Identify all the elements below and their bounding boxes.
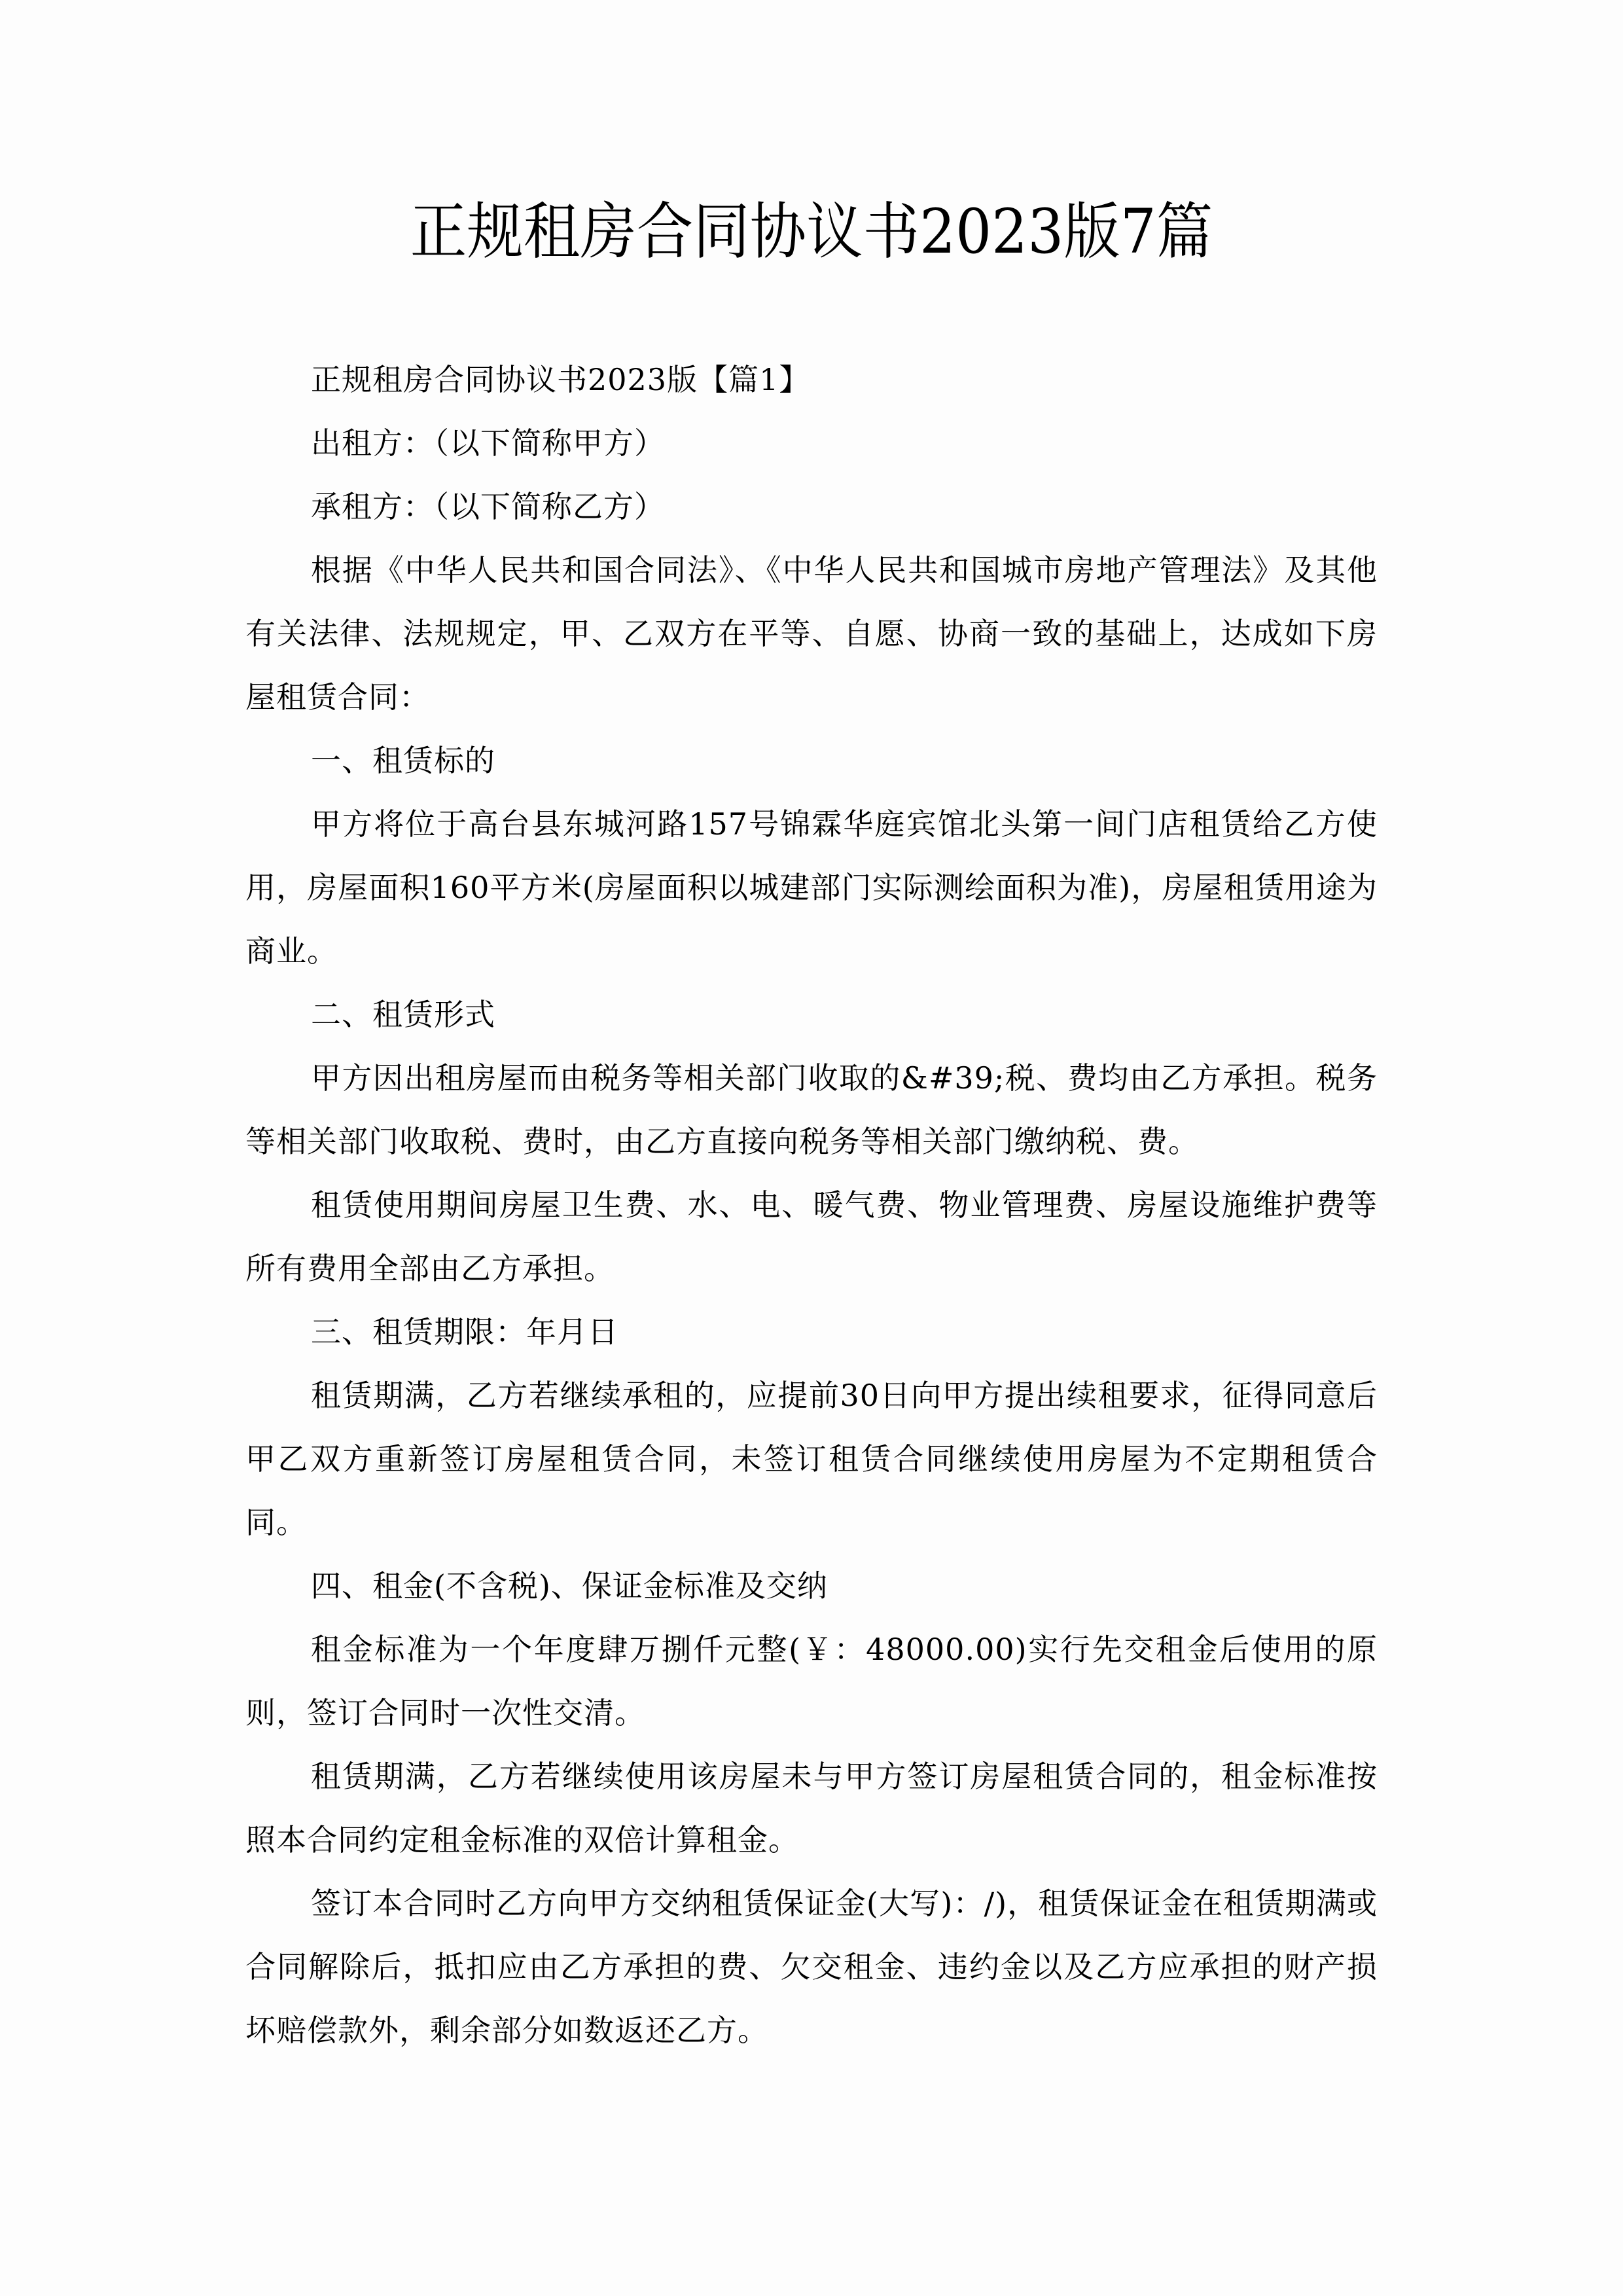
- preamble-paragraph: 根据《中华人民共和国合同法》、《中华人民共和国城市房地产管理法》及其他有关法律、…: [245, 539, 1378, 729]
- clause-1-heading: 一、租赁标的: [245, 729, 1378, 793]
- clause-3-heading: 三、租赁期限：年月日: [245, 1300, 1378, 1364]
- section-heading-part-1: 正规租房合同协议书2023版【篇1】: [245, 348, 1378, 412]
- clause-2-paragraph-2: 租赁使用期间房屋卫生费、水、电、暖气费、物业管理费、房屋设施维护费等所有费用全部…: [245, 1174, 1378, 1300]
- clause-2-paragraph-1: 甲方因出租房屋而由税务等相关部门收取的&#39;税、费均由乙方承担。税务等相关部…: [245, 1047, 1378, 1174]
- lessor-line: 出租方：（以下简称甲方）: [245, 412, 1378, 475]
- document-title: 正规租房合同协议书2023版7篇: [65, 190, 1558, 275]
- clause-2-heading: 二、租赁形式: [245, 983, 1378, 1047]
- clause-4-paragraph-2: 租赁期满，乙方若继续使用该房屋未与甲方签订房屋租赁合同的，租金标准按照本合同约定…: [245, 1745, 1378, 1872]
- lessee-line: 承租方：（以下简称乙方）: [245, 475, 1378, 539]
- clause-4-heading: 四、租金(不含税)、保证金标准及交纳: [245, 1554, 1378, 1618]
- document-page: 正规租房合同协议书2023版7篇 正规租房合同协议书2023版【篇1】 出租方：…: [0, 0, 1623, 2296]
- clause-4-paragraph-3: 签订本合同时乙方向甲方交纳租赁保证金(大写)：/)，租赁保证金在租赁期满或合同解…: [245, 1872, 1378, 2062]
- clause-4-paragraph-1: 租金标准为一个年度肆万捌仟元整(￥：48000.00)实行先交租金后使用的原则，…: [245, 1618, 1378, 1745]
- clause-3-paragraph: 租赁期满，乙方若继续承租的，应提前30日向甲方提出续租要求，征得同意后甲乙双方重…: [245, 1364, 1378, 1554]
- clause-1-paragraph: 甲方将位于高台县东城河路157号锦霖华庭宾馆北头第一间门店租赁给乙方使用，房屋面…: [245, 793, 1378, 983]
- document-body: 正规租房合同协议书2023版【篇1】 出租方：（以下简称甲方） 承租方：（以下简…: [245, 348, 1378, 2062]
